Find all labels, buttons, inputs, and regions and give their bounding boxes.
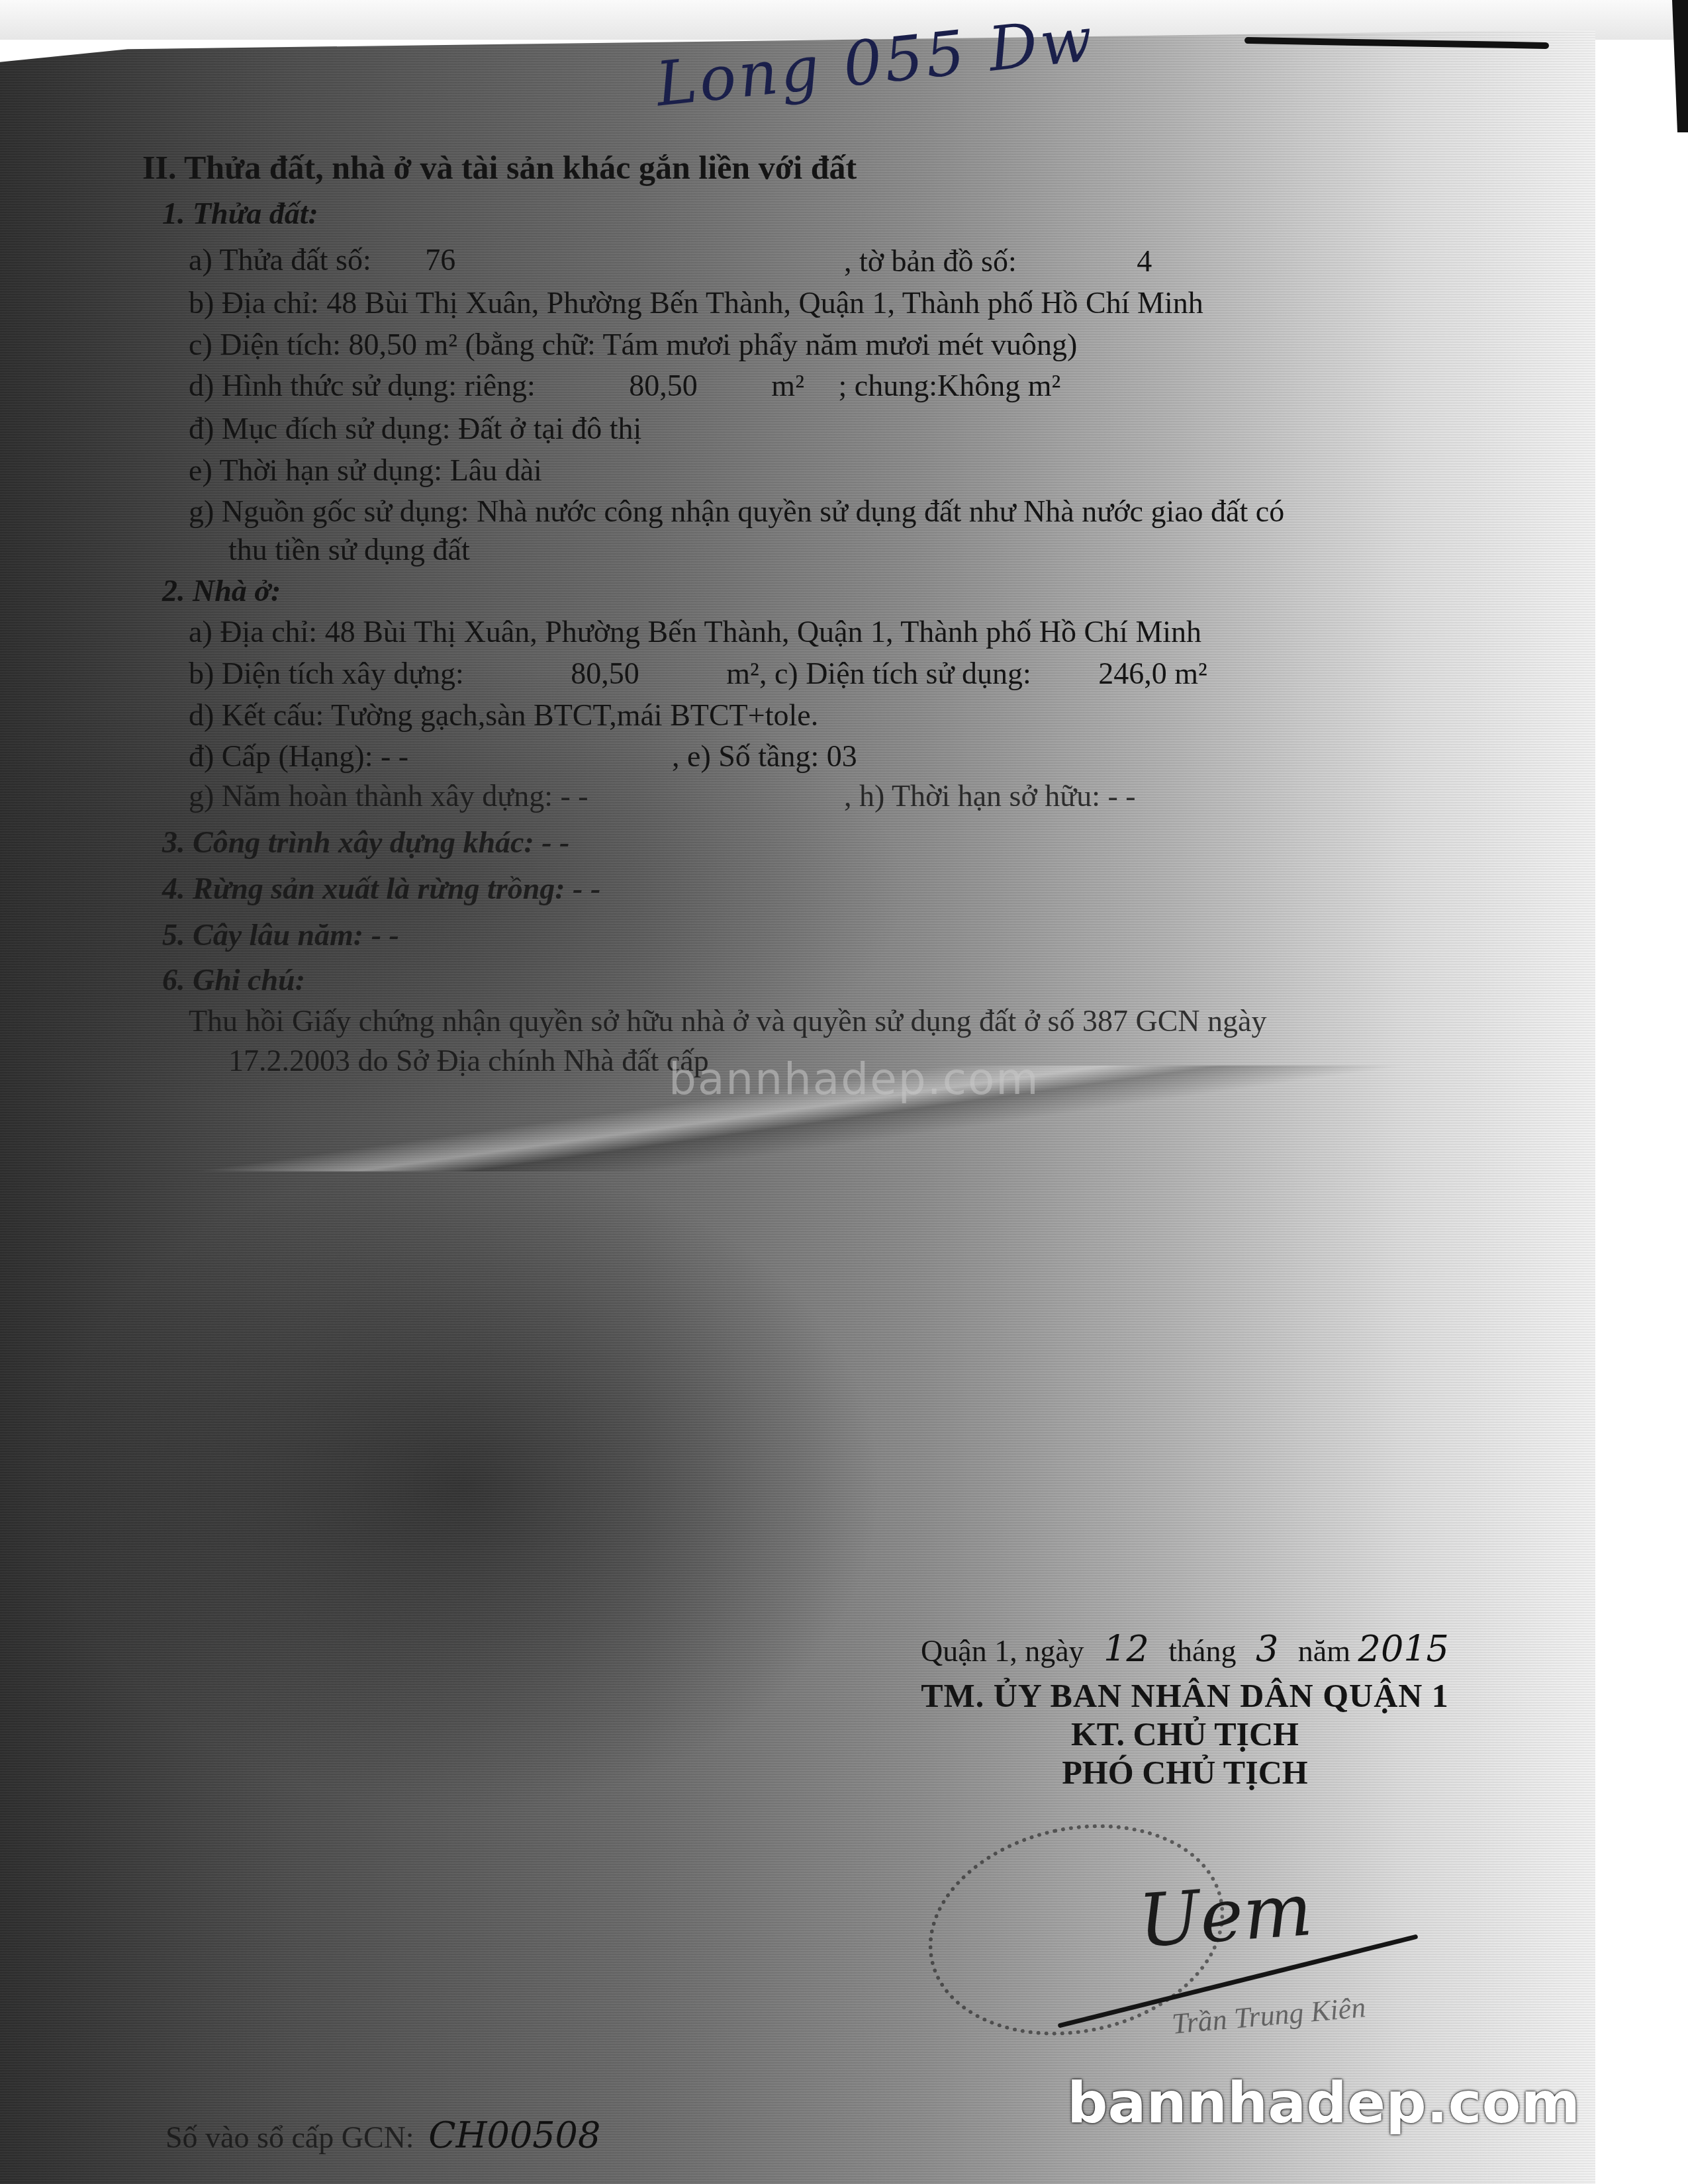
parcel-value: 76 (425, 242, 455, 279)
date-day: 12 (1103, 1628, 1149, 1670)
usage-form-private: 80,50 (629, 367, 698, 404)
place-date-prefix: Quận 1, ngày (921, 1634, 1084, 1668)
section-title: II. Thửa đất, nhà ở và tài sản khác gắn … (142, 149, 857, 186)
planted-forest: 4. Rừng sản xuất là rừng trồng: - - (162, 870, 600, 907)
signature-block: Quận 1, ngày 12 tháng 3 năm 2015 TM. ỦY … (887, 1628, 1483, 1792)
land-purpose: đ) Mục đích sử dụng: Đất ở tại đô thị (189, 410, 641, 447)
land-parcel-row: a) Thửa đất số: 76 (189, 242, 455, 279)
build-area-value: 80,50 (571, 655, 639, 692)
land-duration: e) Thời hạn sử dụng: Lâu dài (189, 452, 542, 489)
land-origin-line2: thu tiền sử dụng đất (228, 531, 470, 569)
issuing-authority: TM. ỦY BAN NHÂN DÂN QUẬN 1 (887, 1676, 1483, 1715)
house-area-row: b) Diện tích xây dựng: 80,50 m², c) Diện… (189, 655, 1207, 692)
house-grade: đ) Cấp (Hạng): - - (189, 738, 408, 775)
registry-number: Số vào sổ cấp GCN: CH00508 (165, 2115, 600, 2156)
land-origin-line1: g) Nguồn gốc sử dụng: Nhà nước công nhận… (189, 493, 1284, 530)
date-month: 3 (1256, 1628, 1278, 1670)
use-area-value: 246,0 m² (1098, 655, 1207, 692)
usage-form-unit: m² (771, 367, 804, 404)
map-sheet-row: , tờ bản đồ số: 4 (844, 243, 1152, 280)
signer-role-2: PHÓ CHỦ TỊCH (887, 1753, 1483, 1792)
map-sheet-label: , tờ bản đồ số: (844, 244, 1017, 278)
land-address: b) Địa chỉ: 48 Bùi Thị Xuân, Phường Bến … (189, 285, 1203, 322)
watermark-middle: bannhadep.com (669, 1054, 1040, 1105)
map-sheet-value: 4 (1137, 243, 1152, 280)
house-structure: d) Kết cấu: Tường gạch,sàn BTCT,mái BTCT… (189, 697, 818, 734)
other-works: 3. Công trình xây dựng khác: - - (162, 824, 569, 861)
place-date: Quận 1, ngày 12 tháng 3 năm 2015 (887, 1628, 1483, 1670)
notes-heading: 6. Ghi chú: (162, 962, 305, 999)
perennial-trees: 5. Cây lâu năm: - - (162, 917, 399, 954)
house-floors: , e) Số tầng: 03 (672, 738, 857, 775)
land-heading: 1. Thửa đất: (162, 195, 318, 232)
month-label: tháng (1168, 1634, 1236, 1668)
house-address: a) Địa chỉ: 48 Bùi Thị Xuân, Phường Bến … (189, 614, 1201, 651)
build-area-label: b) Diện tích xây dựng: (189, 657, 464, 690)
year-label: năm (1298, 1634, 1350, 1668)
handwritten-signature: Uem (1136, 1867, 1315, 1964)
house-ownership-term: , h) Thời hạn sở hữu: - - (844, 778, 1136, 815)
registry-label: Số vào sổ cấp GCN: (165, 2120, 414, 2154)
signer-role-1: KT. CHỦ TỊCH (887, 1715, 1483, 1753)
use-area-label: m², c) Diện tích sử dụng: (726, 655, 1031, 692)
notes-line2: 17.2.2003 do Sở Địa chính Nhà đất cấp (228, 1042, 709, 1079)
house-completion-year: g) Năm hoàn thành xây dựng: - - (189, 778, 588, 815)
usage-form-row: d) Hình thức sử dụng: riêng: 80,50 m² ; … (189, 367, 1060, 404)
land-area: c) Diện tích: 80,50 m² (bằng chữ: Tám mư… (189, 326, 1077, 363)
watermark-corner: bannhadep.com (1067, 2070, 1580, 2136)
usage-form-shared: ; chung:Không m² (838, 367, 1060, 404)
notes-line1: Thu hồi Giấy chứng nhận quyền sở hữu nhà… (189, 1003, 1267, 1040)
parcel-label: a) Thửa đất số: (189, 243, 371, 277)
house-heading: 2. Nhà ở: (162, 572, 281, 610)
date-year: 2015 (1358, 1628, 1449, 1670)
usage-form-label: d) Hình thức sử dụng: riêng: (189, 369, 536, 402)
registry-value: CH00508 (428, 2115, 600, 2156)
